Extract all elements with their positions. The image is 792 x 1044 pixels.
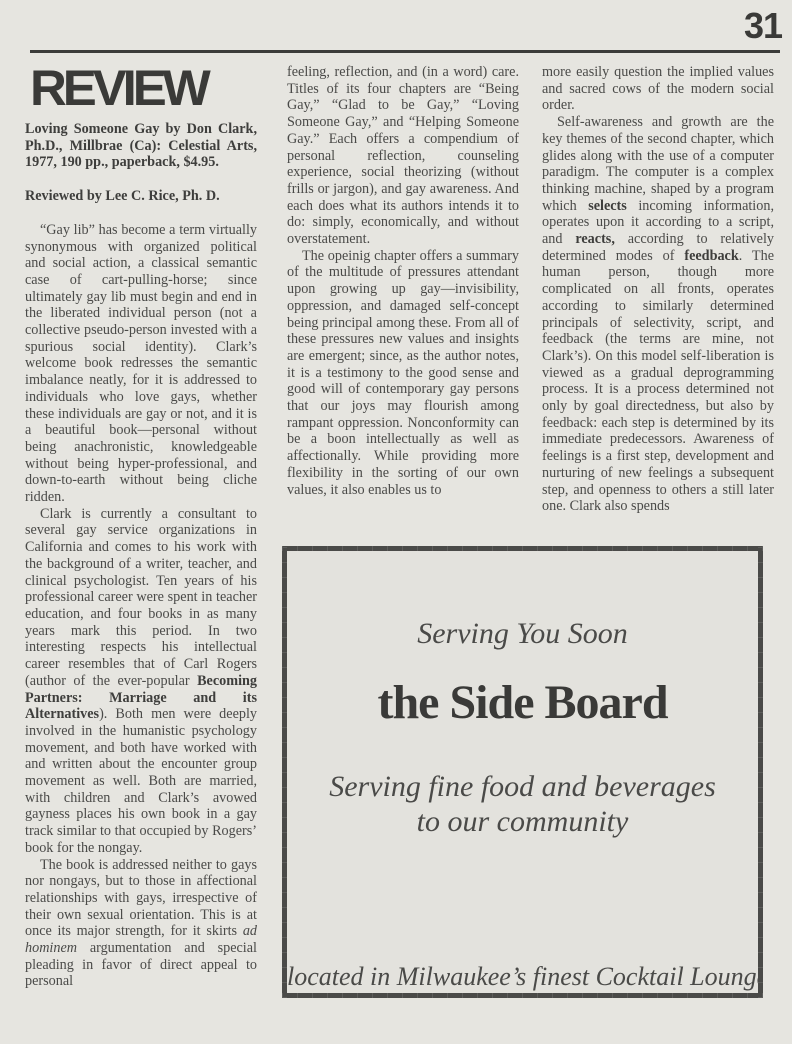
paragraph: more easily question the implied values … (542, 64, 774, 114)
article-column-1: Loving Someone Gay by Don Clark, Ph.D., … (25, 121, 257, 990)
advertisement-content: Serving You Soon the Side Board Serving … (287, 551, 758, 993)
ad-location: located in Milwaukee’s finest Cocktail L… (287, 962, 758, 992)
reviewer-byline: Reviewed by Lee C. Rice, Ph. D. (25, 188, 257, 205)
paragraph: Clark is currently a consultant to sever… (25, 506, 257, 857)
ad-business-name: the Side Board (287, 675, 758, 730)
text: ). Both men were deeply involved in the … (25, 706, 257, 856)
page-number: 31 (744, 8, 782, 44)
ad-tagline: Serving fine food and beverages to our c… (287, 769, 758, 839)
bold-term: reacts, (575, 231, 615, 247)
ad-tagline-line-1: Serving fine food and beverages (287, 769, 758, 804)
paragraph: The opeinig chapter offers a summary of … (287, 248, 519, 499)
bold-term: selects (588, 198, 627, 214)
paragraph: “Gay lib” has become a term virtually sy… (25, 222, 257, 506)
advertisement-box: Serving You Soon the Side Board Serving … (277, 541, 768, 1003)
book-citation: Loving Someone Gay by Don Clark, Ph.D., … (25, 121, 257, 171)
header-rule (30, 50, 780, 53)
article-column-2: feeling, reflection, and (in a word) car… (287, 64, 519, 498)
review-section-logo: REVIEW (30, 63, 207, 113)
text: The book is addressed neither to gays no… (25, 857, 257, 940)
paragraph: The book is addressed neither to gays no… (25, 857, 257, 991)
text: . The human person, though more complica… (542, 248, 774, 515)
paragraph: feeling, reflection, and (in a word) car… (287, 64, 519, 248)
bold-term: feedback (684, 248, 738, 264)
article-column-3: more easily question the implied values … (542, 64, 774, 515)
paragraph: Self-awareness and growth are the key th… (542, 114, 774, 515)
ad-tagline-line-2: to our community (287, 804, 758, 839)
ad-headline: Serving You Soon (287, 617, 758, 651)
text: Clark is currently a consultant to sever… (25, 506, 257, 689)
